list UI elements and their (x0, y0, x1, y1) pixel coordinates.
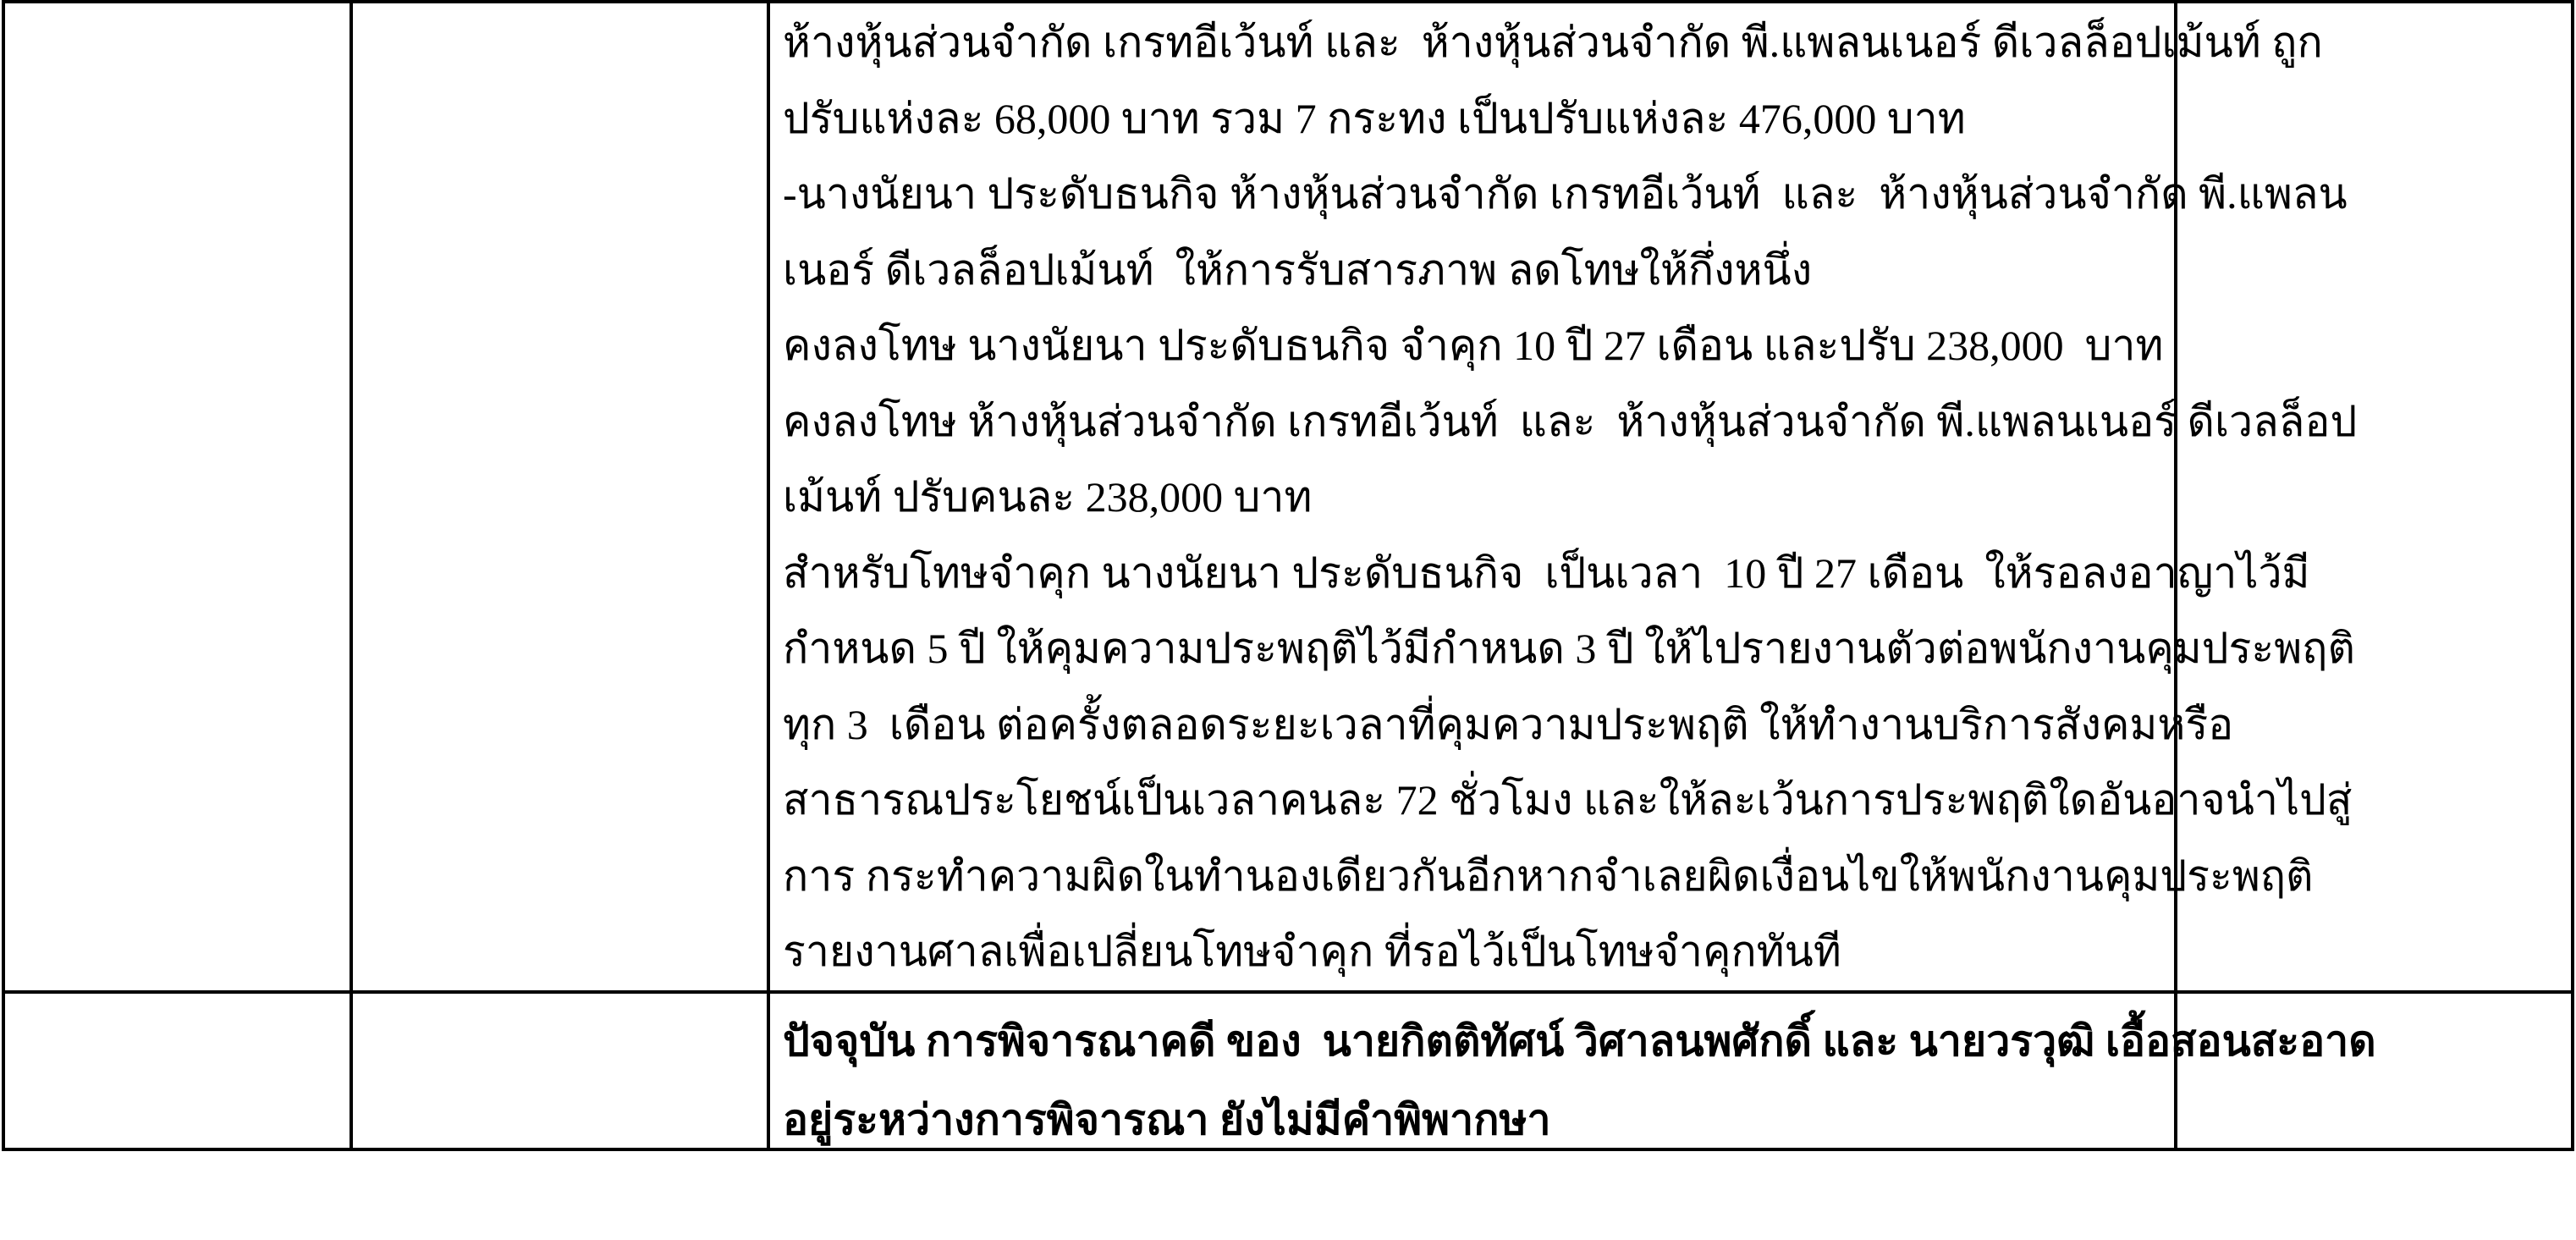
table-border-right (2571, 0, 2574, 1151)
verdict-line: ห้างหุ้นส่วนจำกัด เกรทอีเว้นท์ และ ห้างห… (783, 5, 2166, 81)
verdict-line: ทุก 3 เดือน ต่อครั้งตลอดระยะเวลาที่คุมคว… (783, 687, 2166, 763)
case-status-cell: ปัจจุบัน การพิจารณาคดี ของ นายกิตติทัศน์… (783, 1002, 2166, 1160)
verdict-line: คงลงโทษ นางนัยนา ประดับธนกิจ จำคุก 10 ปี… (783, 308, 2166, 384)
case-status-line: ปัจจุบัน การพิจารณาคดี ของ นายกิตติทัศน์… (783, 1002, 2166, 1081)
verdict-line: กำหนด 5 ปี ให้คุมความประพฤติไว้มีกำหนด 3… (783, 611, 2166, 687)
verdict-line: ปรับแห่งละ 68,000 บาท รวม 7 กระทง เป็นปร… (783, 81, 2166, 157)
verdict-line: เนอร์ ดีเวลล็อปเม้นท์ ให้การรับสารภาพ ลด… (783, 233, 2166, 309)
verdict-details-cell: ห้างหุ้นส่วนจำกัด เกรทอีเว้นท์ และ ห้างห… (783, 5, 2166, 990)
table-border-col1-col2 (350, 0, 353, 1151)
table-row-divider (2, 990, 2574, 994)
verdict-line: คงลงโทษ ห้างหุ้นส่วนจำกัด เกรทอีเว้นท์ แ… (783, 384, 2166, 460)
verdict-line: การ กระทำความผิดในทำนองเดียวกันอีกหากจำเ… (783, 839, 2166, 915)
document-page: ห้างหุ้นส่วนจำกัด เกรทอีเว้นท์ และ ห้างห… (0, 0, 2576, 1240)
verdict-line: สาธารณประโยชน์เป็นเวลาคนละ 72 ชั่วโมง แล… (783, 763, 2166, 839)
case-status-line: อยู่ระหว่างการพิจารณา ยังไม่มีคำพิพากษา (783, 1081, 2166, 1160)
verdict-line: สำหรับโทษจำคุก นางนัยนา ประดับธนกิจ เป็น… (783, 536, 2166, 612)
table-border-left (2, 0, 5, 1151)
verdict-line: เม้นท์ ปรับคนละ 238,000 บาท (783, 460, 2166, 536)
table-border-top (2, 0, 2574, 3)
verdict-line: -นางนัยนา ประดับธนกิจ ห้างหุ้นส่วนจำกัด … (783, 157, 2166, 233)
table-border-col2-col3 (767, 0, 770, 1151)
verdict-line: รายงานศาลเพื่อเปลี่ยนโทษจำคุก ที่รอไว้เป… (783, 914, 2166, 990)
